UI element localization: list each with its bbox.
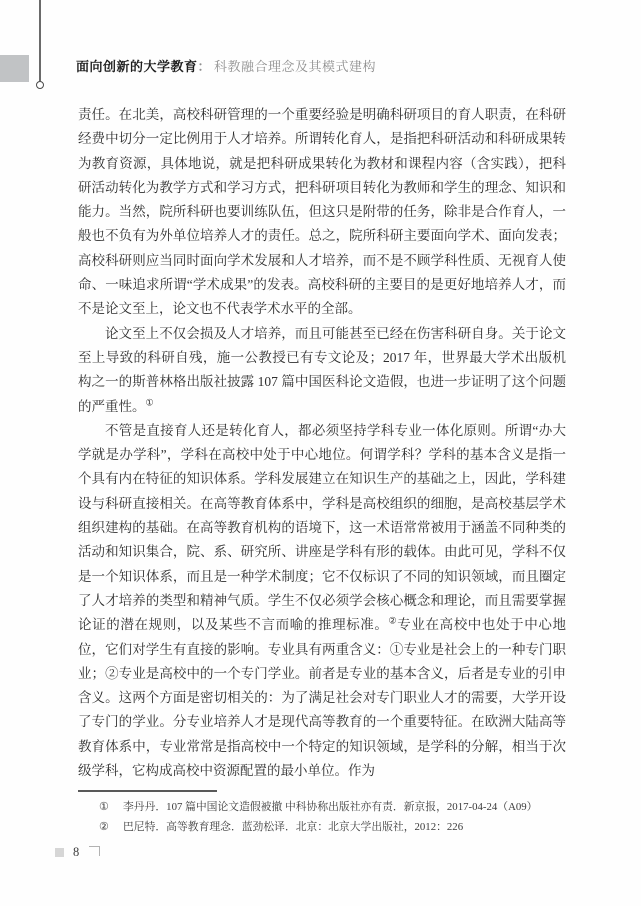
page-footer: 8 (55, 845, 100, 859)
corner-mark-decoration (89, 846, 100, 856)
paragraph-3: 不管是直接育人还是转化育人，都必须坚持学科专业一体化原则。所谓“办大学就是办学科… (78, 419, 566, 783)
book-subtitle: 科教融合理念及其模式建构 (214, 59, 376, 74)
paragraph-text: 不管是直接育人还是转化育人，都必须坚持学科专业一体化原则。所谓“办大学就是办学科… (78, 423, 566, 632)
book-title: 面向创新的大学教育 (76, 59, 198, 74)
footnote-text: 巴尼特．高等教育理念．蓝劲松译．北京：北京大学出版社，2012：226 (123, 817, 570, 837)
footnotes-section: ① 李丹丹．107 篇中国论文造假被撤 中科协称出版社亦有责．新京报，2017-… (78, 797, 570, 837)
line-end-circle (36, 81, 44, 89)
page-number: 8 (73, 845, 79, 859)
paragraph-1: 责任。在北美，高校科研管理的一个重要经验是明确科研项目的育人职责，在科研经费中切… (78, 103, 566, 322)
footnote-ref-2: ② (389, 616, 398, 626)
footnote-ref-1: ① (146, 397, 154, 407)
page-body: 责任。在北美，高校科研管理的一个重要经验是明确科研项目的育人职责，在科研经费中切… (78, 103, 566, 783)
footnote-item: ① 李丹丹．107 篇中国论文造假被撤 中科协称出版社亦有责．新京报，2017-… (78, 797, 570, 817)
footnote-marker: ② (99, 817, 123, 837)
paragraph-text: 专业在高校中也处于中心地位，它们对学生有直接的影响。专业具有两重含义：①专业是社… (78, 617, 566, 778)
margin-decoration-block (0, 55, 29, 82)
footnote-text: 李丹丹．107 篇中国论文造假被撤 中科协称出版社亦有责．新京报，2017-04… (123, 797, 570, 817)
paragraph-text: 责任。在北美，高校科研管理的一个重要经验是明确科研项目的育人职责，在科研经费中切… (78, 107, 566, 316)
footnote-marker: ① (99, 797, 123, 817)
title-separator: ： (198, 59, 212, 74)
paragraph-2: 论文至上不仅会损及人才培养，而且可能甚至已经在伤害科研自身。关于论文至上导致的科… (78, 322, 566, 419)
footnote-divider (78, 790, 217, 792)
running-header: 面向创新的大学教育：科教融合理念及其模式建构 (76, 56, 376, 75)
footer-square-decoration (55, 848, 64, 857)
footnote-item: ② 巴尼特．高等教育理念．蓝劲松译．北京：北京大学出版社，2012：226 (78, 817, 570, 837)
book-page: 面向创新的大学教育：科教融合理念及其模式建构 责任。在北美，高校科研管理的一个重… (0, 0, 641, 906)
margin-vertical-line (39, 0, 41, 81)
